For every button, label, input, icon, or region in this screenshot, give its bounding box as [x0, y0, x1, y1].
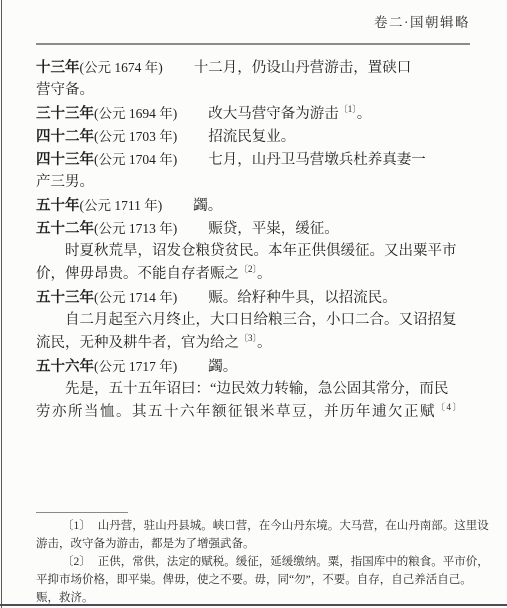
entry-tail: 。 — [257, 335, 272, 351]
footnote-line: 〔2〕正供，常供，法定的赋税。缓征，延缓缴纳。粟，指国库中的粮食。平市价， — [36, 553, 485, 571]
text-line: 产三男。 — [36, 171, 479, 194]
entry-text: 招流民复业。 — [208, 129, 295, 145]
footnote-separator — [36, 512, 128, 513]
entry-year: 四十三年 — [36, 152, 94, 168]
paragraph-line: 先是，五十五年诏曰：“边民效力转输，急公固其常分，而民 — [36, 378, 479, 401]
entry-tail: 。 — [357, 106, 372, 122]
footnote-marker: 〔2〕 — [62, 556, 91, 568]
entry-era: (公元 1711 年) — [80, 198, 163, 213]
scan-edge-bottom — [0, 604, 507, 606]
paragraph-text: 价，俾毋昂贵。不能自存者赈之 — [36, 266, 239, 282]
entry-line: 五十三年(公元 1714 年)赈。给籽种牛具，以招流民。 — [36, 286, 479, 309]
entry-year: 十三年 — [36, 60, 80, 76]
entry-text: 赈。给籽种牛具，以招流民。 — [208, 290, 397, 306]
entry-era: (公元 1694 年) — [94, 106, 177, 121]
entry-line: 五十年(公元 1711 年)蠲。 — [36, 194, 479, 217]
entry-year: 五十年 — [36, 198, 80, 214]
entry-era: (公元 1703 年) — [94, 129, 177, 144]
note-ref: 〔2〕 — [239, 264, 257, 274]
scan-edge-left — [1, 0, 2, 608]
footnote-text: 赈，救济。 — [36, 592, 94, 604]
body-text: 十三年(公元 1674 年)十二月，仍设山丹营游击，置硖口 营守备。 三十三年(… — [36, 56, 479, 424]
entry-year: 五十六年 — [36, 359, 94, 375]
paragraph-line: 时夏秋荒旱，诏发仓粮贷贫民。本年正供俱缓征。又出粟平市 — [36, 240, 479, 263]
entry-era: (公元 1704 年) — [94, 152, 177, 167]
paragraph-text: 自二月起至六月终止，大口日给粮三合，小口二合。又诏招复 — [65, 312, 457, 328]
note-ref: 〔3〕 — [239, 333, 257, 343]
text-line: 营守备。 — [36, 79, 479, 102]
entry-line: 四十三年(公元 1704 年)七月，山丹卫马营墩兵杜养真妻一 — [36, 148, 479, 171]
running-header: 卷二·国朝辑略 — [36, 14, 470, 32]
text-line: 流民，无种及耕牛者，官为给之〔3〕。 — [36, 332, 479, 355]
entry-text: 改大马营守备为游击 — [208, 106, 339, 122]
entry-line: 五十六年(公元 1717 年)蠲。 — [36, 355, 479, 378]
entry-era: (公元 1717 年) — [94, 359, 177, 374]
header-rule — [36, 43, 470, 45]
entry-text: 七月，山丹卫马营墩兵杜养真妻一 — [208, 152, 426, 168]
text-line: 劳亦所当恤。其五十六年额征银米草豆，并历年逋欠正赋〔4〕 — [36, 401, 479, 424]
footnote-line: 〔1〕山丹营，驻山丹县城。峡口营，在今山丹东境。大马营，在山丹南部。这里设 — [36, 517, 485, 535]
book-page: 卷二·国朝辑略 十三年(公元 1674 年)十二月，仍设山丹营游击，置硖口 营守… — [0, 0, 507, 608]
entry-text: 营守备。 — [36, 82, 94, 98]
footnotes: 〔1〕山丹营，驻山丹县城。峡口营，在今山丹东境。大马营，在山丹南部。这里设 游击… — [36, 517, 485, 607]
paragraph-text: 流民，无种及耕牛者，官为给之 — [36, 335, 239, 351]
entry-year: 五十二年 — [36, 221, 94, 237]
paragraph-line: 自二月起至六月终止，大口日给粮三合，小口二合。又诏招复 — [36, 309, 479, 332]
footnote-line: 平抑市场价格，即平粜。俾毋，使之不要。毋，同“勿”，不要。自存，自己养活自己。 — [36, 571, 485, 589]
entry-text: 十二月，仍设山丹营游击，置硖口 — [194, 60, 412, 76]
footnote-text: 平抑市场价格，即平粜。俾毋，使之不要。毋，同“勿”，不要。自存，自己养活自己。 — [36, 574, 472, 586]
entry-era: (公元 1674 年) — [80, 60, 163, 75]
footnote-marker: 〔1〕 — [62, 520, 91, 532]
footnote-text: 山丹营，驻山丹县城。峡口营，在今山丹东境。大马营，在山丹南部。这里设 — [98, 520, 489, 532]
entry-year: 五十三年 — [36, 290, 94, 306]
paragraph-text: 时夏秋荒旱，诏发仓粮贷贫民。本年正供俱缓征。又出粟平市 — [65, 243, 457, 259]
footnote-line: 游击，改守备为游击，都是为了增强武备。 — [36, 535, 485, 553]
footnote-text: 游击，改守备为游击，都是为了增强武备。 — [36, 538, 255, 550]
entry-era: (公元 1713 年) — [94, 221, 177, 236]
note-ref: 〔4〕 — [436, 402, 463, 412]
entry-tail: 。 — [257, 266, 272, 282]
entry-text: 蠲。 — [193, 198, 222, 214]
footnote-text: 正供，常供，法定的赋税。缓征，延缓缴纳。粟，指国库中的粮食。平市价， — [98, 556, 489, 568]
entry-line: 十三年(公元 1674 年)十二月，仍设山丹营游击，置硖口 — [36, 56, 479, 79]
entry-text: 产三男。 — [36, 174, 94, 190]
entry-year: 四十二年 — [36, 129, 94, 145]
entry-text: 赈贷，平粜，缓征。 — [208, 221, 339, 237]
text-line: 价，俾毋昂贵。不能自存者赈之〔2〕。 — [36, 263, 479, 286]
paragraph-text: 先是，五十五年诏曰：“边民效力转输，急公固其常分，而民 — [65, 381, 448, 397]
entry-line: 五十二年(公元 1713 年)赈贷，平粜，缓征。 — [36, 217, 479, 240]
entry-year: 三十三年 — [36, 106, 94, 122]
entry-line: 三十三年(公元 1694 年)改大马营守备为游击〔1〕。 — [36, 102, 479, 125]
note-ref: 〔1〕 — [339, 104, 357, 114]
entry-era: (公元 1714 年) — [94, 290, 177, 305]
paragraph-text: 劳亦所当恤。其五十六年额征银米草豆，并历年逋欠正赋 — [36, 404, 436, 420]
entry-line: 四十二年(公元 1703 年)招流民复业。 — [36, 125, 479, 148]
entry-text: 蠲。 — [208, 359, 237, 375]
